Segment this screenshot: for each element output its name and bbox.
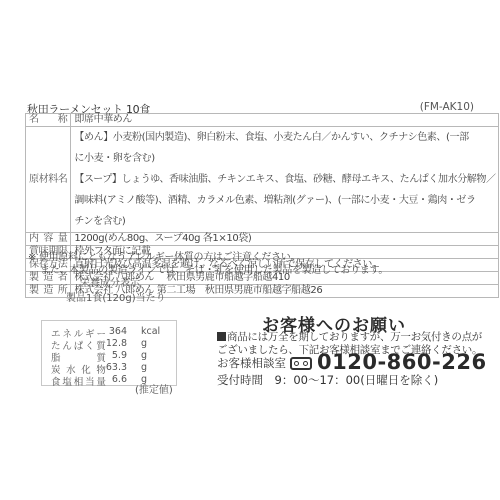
phone-number: 0120-860-226 (317, 350, 487, 374)
row-value: 即席中華めん (71, 114, 498, 127)
contact-label: お客様相談室 (217, 355, 286, 371)
ingredients-value: 【めん】小麦粉(国内製造)、卵白粉末、食塩、小麦たん白／かんすい、クチナシ色素、… (71, 127, 498, 233)
nutrition-heading: 栄養成分表示 (80, 274, 140, 289)
row-label: 原材料名 (26, 127, 71, 233)
estimated-value-note: (推定値) (135, 381, 173, 396)
table-row: 名称 即席中華めん (26, 114, 499, 127)
nutrient-name: 食塩相当量 (51, 374, 106, 388)
business-hours: 受付時間 9：00〜17：00(日曜日を除く) (217, 372, 438, 388)
freedial-icon (290, 357, 312, 370)
row-label: 内容量 (26, 233, 71, 246)
ingredients-line: に小麦・卵を含む) (74, 148, 495, 169)
ingredients-line: 調味料(アミノ酸等)、酒精、カラメル色素、増粘剤(グァー)、(一部に小麦・大豆・… (74, 190, 495, 211)
table-row: 原材料名 【めん】小麦粉(国内製造)、卵白粉末、食塩、小麦たん白／かんすい、クチ… (26, 127, 499, 233)
row-value: 1200g(めん80g、スープ40g 各1×10袋) (71, 233, 498, 246)
ingredients-line: 【めん】小麦粉(国内製造)、卵白粉末、食塩、小麦たん白／かんすい、クチナシ色素、… (74, 127, 495, 148)
table-row: 内容量 1200g(めん80g、スープ40g 各1×10袋) (26, 233, 499, 246)
product-code: (FM-AK10) (420, 101, 474, 113)
ingredients-line: チンを含む) (74, 211, 495, 232)
nutrition-serving: 製品1食(120g)当たり (66, 289, 166, 304)
ingredients-line: 【スープ】しょうゆ、香味油脂、チキンエキス、食塩、砂糖、酵母エキス、たんぱく加水… (74, 169, 495, 190)
row-label: 名称 (26, 114, 71, 127)
row-label: 製造所 (26, 285, 71, 298)
square-bullet-icon (217, 332, 226, 341)
nutrition-table: エネルギー 364 kcal たんぱく質 12.8 g 脂質 5.9 g 炭水化… (41, 320, 177, 386)
